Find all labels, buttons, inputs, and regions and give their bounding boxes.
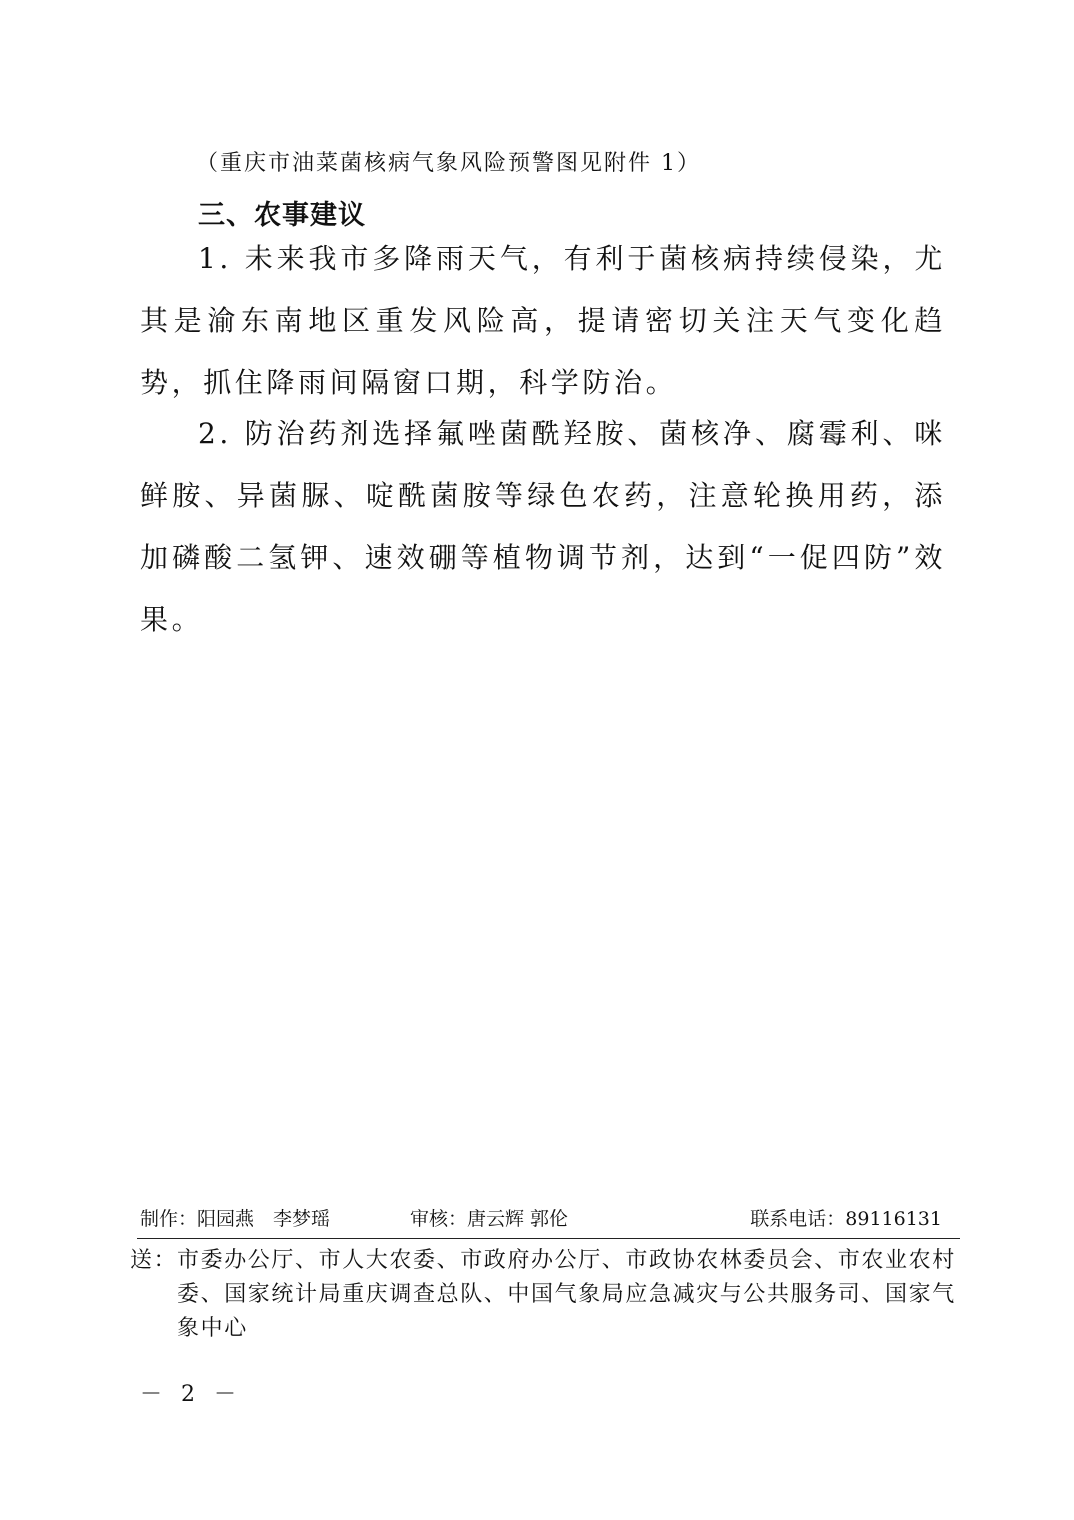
reviewer-credit: 审核：唐云辉 郭伦 — [410, 1204, 750, 1231]
distribution-label: 送： — [130, 1244, 177, 1278]
distribution-recipients: 市委办公厅、市人大农委、市政府办公厅、市政协农林委员会、市农业农村委、国家统计局… — [177, 1244, 956, 1346]
paragraph-1-text: 1. 未来我市多降雨天气，有利于菌核病持续侵染，尤其是渝东南地区重发风险高，提请… — [140, 242, 946, 399]
document-page: （重庆市油菜菌核病气象风险预警图见附件 1） 三、农事建议 1. 未来我市多降雨… — [0, 0, 1074, 1520]
distribution-list: 送： 市委办公厅、市人大农委、市政府办公厅、市政协农林委员会、市农业农村委、国家… — [130, 1244, 956, 1346]
paragraph-2-text: 2. 防治药剂选择氟唑菌酰羟胺、菌核净、腐霉利、咪鲜胺、异菌脲、啶酰菌胺等绿色农… — [140, 417, 946, 636]
footer-divider — [137, 1238, 960, 1239]
footer-meta: 制作：阳园燕 李梦瑶 审核：唐云辉 郭伦 联系电话：89116131 — [140, 1204, 942, 1231]
maker-credit: 制作：阳园燕 李梦瑶 — [140, 1204, 410, 1231]
section-heading: 三、农事建议 — [198, 193, 366, 232]
paragraph-1: 1. 未来我市多降雨天气，有利于菌核病持续侵染，尤其是渝东南地区重发风险高，提请… — [140, 228, 946, 414]
paragraph-2: 2. 防治药剂选择氟唑菌酰羟胺、菌核净、腐霉利、咪鲜胺、异菌脲、啶酰菌胺等绿色农… — [140, 403, 946, 651]
attachment-caption: （重庆市油菜菌核病气象风险预警图见附件 1） — [196, 146, 701, 177]
page-number: － 2 － — [140, 1377, 242, 1408]
contact-phone: 联系电话：89116131 — [750, 1204, 942, 1231]
